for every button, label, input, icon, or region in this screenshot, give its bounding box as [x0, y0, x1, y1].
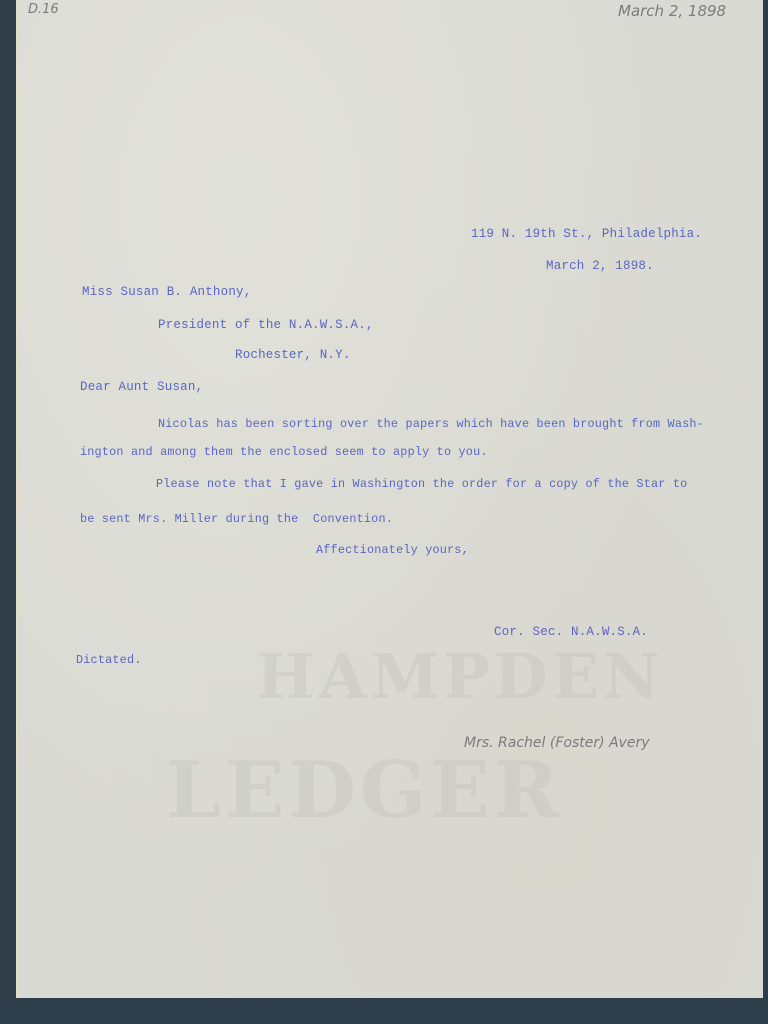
- archive-mark: D.16: [28, 2, 59, 17]
- body-line-1: Nicolas has been sorting over the papers…: [158, 417, 704, 431]
- dictated-note: Dictated.: [76, 653, 142, 667]
- recipient-title: President of the N.A.W.S.A.,: [158, 318, 374, 332]
- recipient-name: Miss Susan B. Anthony,: [82, 285, 251, 299]
- body-line-3: Please note that I gave in Washington th…: [156, 477, 687, 491]
- archive-date: March 2, 1898: [618, 2, 726, 20]
- salutation: Dear Aunt Susan,: [80, 380, 203, 394]
- handwritten-attribution: Mrs. Rachel (Foster) Avery: [464, 735, 650, 751]
- body-line-4: be sent Mrs. Miller during the Conventio…: [80, 512, 393, 526]
- closing: Affectionately yours,: [316, 543, 469, 557]
- sender-address: 119 N. 19th St., Philadelphia.: [471, 227, 702, 241]
- recipient-location: Rochester, N.Y.: [235, 348, 351, 362]
- bleed-through-text-2: LEDGER: [166, 745, 563, 836]
- letter-page: HAMPDEN LEDGER D.16 March 2, 1898 119 N.…: [16, 0, 763, 998]
- letter-date: March 2, 1898.: [546, 259, 654, 273]
- signature-title: Cor. Sec. N.A.W.S.A.: [494, 625, 648, 639]
- body-line-2: ington and among them the enclosed seem …: [80, 445, 488, 459]
- bleed-through-text-1: HAMPDEN: [256, 640, 664, 713]
